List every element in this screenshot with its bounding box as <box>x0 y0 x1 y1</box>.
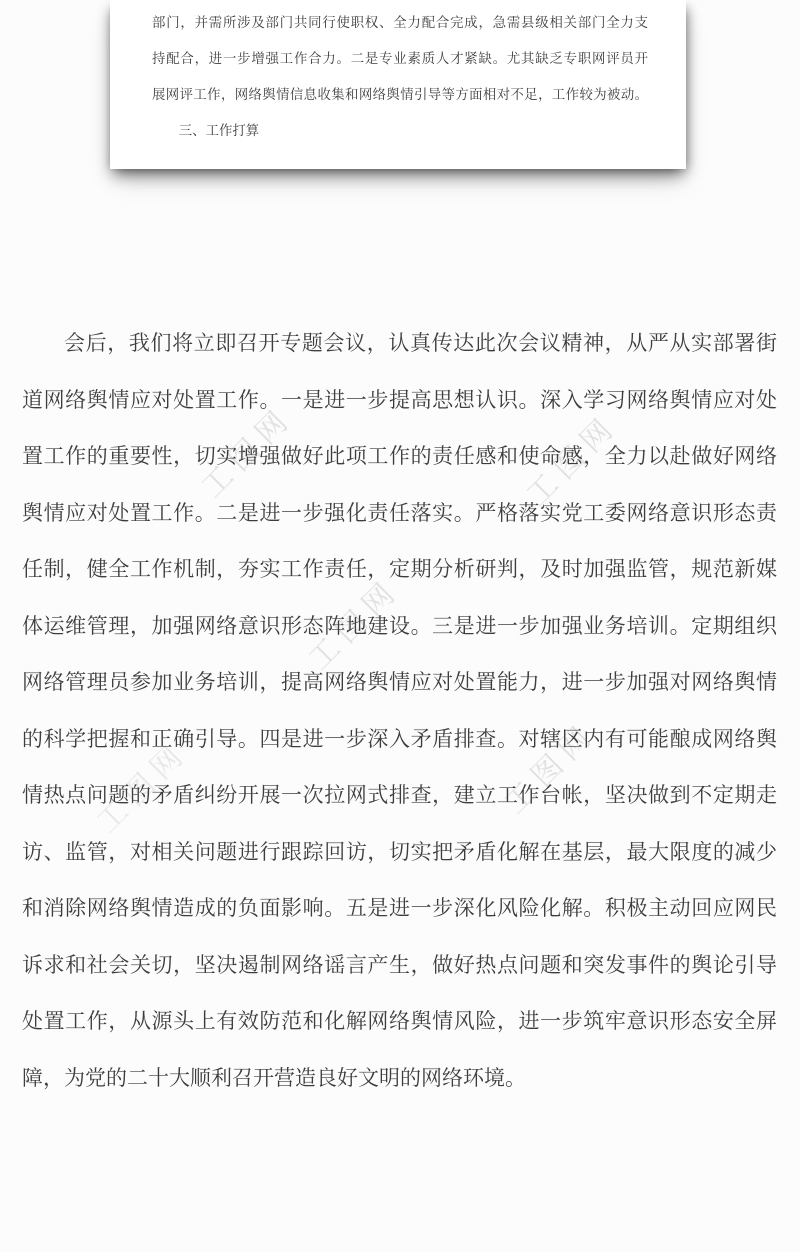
document-line: 访、监管，对相关问题进行跟踪回访，切实把矛盾化解在基层，最大限度的减少 <box>22 825 777 882</box>
document-line: 诉求和社会关切，坚决遏制网络谣言产生，做好热点问题和突发事件的舆论引导 <box>22 938 777 995</box>
document-line: 情热点问题的矛盾纠纷开展一次拉网式排查，建立工作台帐，坚决做到不定期走 <box>22 768 777 825</box>
document-line: 和消除网络舆情造成的负面影响。五是进一步深化风险化解。积极主动回应网民 <box>22 881 777 938</box>
document-line: 置工作的重要性，切实增强做好此项工作的责任感和使命感，全力以赴做好网络 <box>22 429 777 486</box>
card-text-line: 部门，并需所涉及部门共同行使职权、全力配合完成，急需县级相关部门全力支 <box>152 5 648 41</box>
document-line: 道网络舆情应对处置工作。一是进一步提高思想认识。深入学习网络舆情应对处 <box>22 373 777 430</box>
document-line: 的科学把握和正确引导。四是进一步深入矛盾排查。对辖区内有可能酿成网络舆 <box>22 712 777 769</box>
document-line: 网络管理员参加业务培训，提高网络舆情应对处置能力，进一步加强对网络舆情 <box>22 655 777 712</box>
document-page-card: 部门，并需所涉及部门共同行使职权、全力配合完成，急需县级相关部门全力支 持配合，… <box>110 0 686 169</box>
card-text-line: 展网评工作，网络舆情信息收集和网络舆情引导等方面相对不足，工作较为被动。 <box>152 77 648 113</box>
document-line: 任制，健全工作机制，夯实工作责任，定期分析研判，及时加强监管，规范新媒 <box>22 542 777 599</box>
document-body: 会后，我们将立即召开专题会议，认真传达此次会议精神，从严从实部署街 道网络舆情应… <box>0 316 800 1107</box>
document-preview-page: { "colors": { "page_bg": "#fcfcfc", "car… <box>0 0 800 1252</box>
card-section-heading: 三、工作打算 <box>152 113 648 149</box>
document-line: 处置工作，从源头上有效防范和化解网络舆情风险，进一步筑牢意识形态安全屏 <box>22 994 777 1051</box>
document-line: 舆情应对处置工作。二是进一步强化责任落实。严格落实党工委网络意识形态责 <box>22 486 777 543</box>
document-line: 体运维管理，加强网络意识形态阵地建设。三是进一步加强业务培训。定期组织 <box>22 599 777 656</box>
document-line: 障，为党的二十大顺利召开营造良好文明的网络环境。 <box>22 1051 777 1108</box>
document-line: 会后，我们将立即召开专题会议，认真传达此次会议精神，从严从实部署街 <box>22 316 777 373</box>
card-text-line: 持配合，进一步增强工作合力。二是专业素质人才紧缺。尤其缺乏专职网评员开 <box>152 41 648 77</box>
